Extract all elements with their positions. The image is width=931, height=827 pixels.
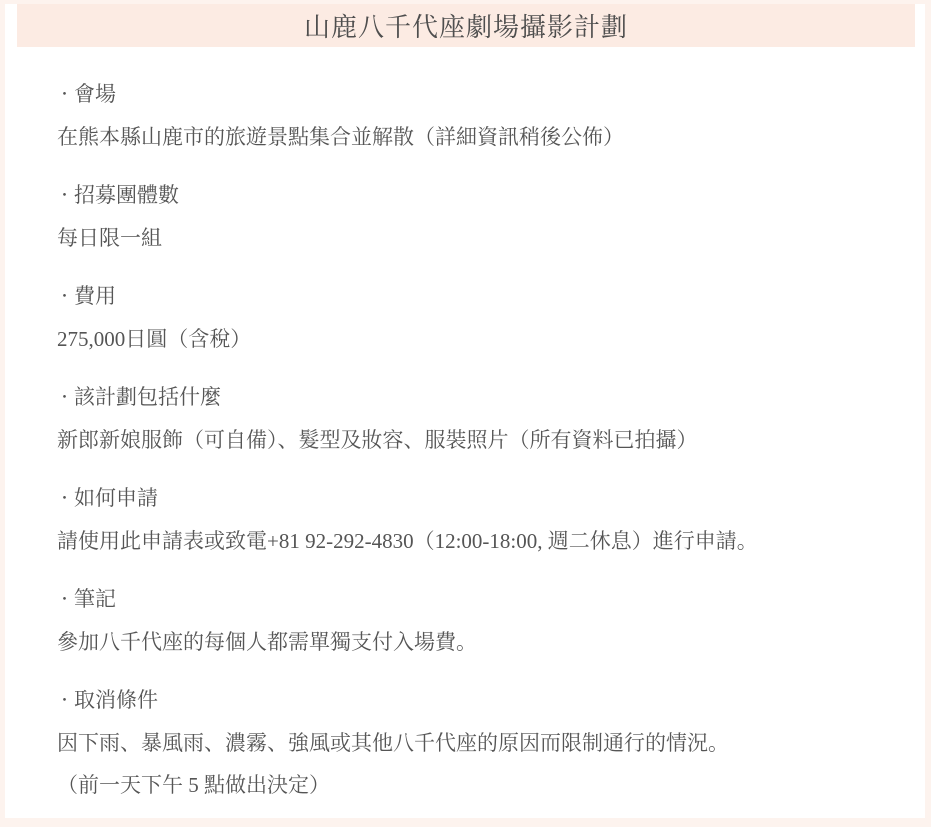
section-body-line: 請使用此申請表或致電+81 92-292-4830（12:00-18:00, 週…: [57, 520, 895, 562]
section-heading: ・費用: [57, 275, 895, 318]
section-body-line: （前一天下午 5 點做出決定）: [57, 764, 895, 806]
bullet-icon: ・: [57, 377, 72, 419]
title-banner: 山鹿八千代座劇場攝影計劃: [17, 4, 915, 47]
section-group-count: ・招募團體數 每日限一組: [57, 174, 895, 259]
section-how-to-apply: ・如何申請 請使用此申請表或致電+81 92-292-4830（12:00-18…: [57, 477, 895, 562]
section-cancellation: ・取消條件 因下雨、暴風雨、濃霧、強風或其他八千代座的原因而限制通行的情況。 （…: [57, 679, 895, 806]
section-heading: ・招募團體數: [57, 174, 895, 217]
bullet-icon: ・: [57, 579, 72, 621]
section-heading-label: 會場: [74, 82, 116, 106]
content-area: ・會場 在熊本縣山鹿市的旅遊景點集合並解散（詳細資訊稍後公佈） ・招募團體數 每…: [5, 47, 925, 806]
section-body-line: 因下雨、暴風雨、濃霧、強風或其他八千代座的原因而限制通行的情況。: [57, 722, 895, 764]
section-heading-label: 取消條件: [74, 688, 158, 712]
section-body-line: 每日限一組: [57, 217, 895, 259]
bullet-icon: ・: [57, 276, 72, 318]
page-title: 山鹿八千代座劇場攝影計劃: [304, 7, 628, 44]
section-heading: ・取消條件: [57, 679, 895, 722]
section-plan-includes: ・該計劃包括什麼 新郎新娘服飾（可自備）、髮型及妝容、服裝照片（所有資料已拍攝）: [57, 376, 895, 461]
section-heading: ・筆記: [57, 578, 895, 621]
section-body-line: 新郎新娘服飾（可自備）、髮型及妝容、服裝照片（所有資料已拍攝）: [57, 419, 895, 461]
section-notes: ・筆記 參加八千代座的每個人都需單獨支付入場費。: [57, 578, 895, 663]
section-heading-label: 費用: [74, 284, 116, 308]
bullet-icon: ・: [57, 680, 72, 722]
section-fee: ・費用 275,000日圓（含稅）: [57, 275, 895, 360]
section-heading-label: 招募團體數: [74, 183, 179, 207]
section-body-line: 275,000日圓（含稅）: [57, 318, 895, 360]
bullet-icon: ・: [57, 175, 72, 217]
section-heading: ・會場: [57, 73, 895, 116]
page-card: 山鹿八千代座劇場攝影計劃 ・會場 在熊本縣山鹿市的旅遊景點集合並解散（詳細資訊稍…: [5, 4, 925, 818]
bullet-icon: ・: [57, 74, 72, 116]
section-heading-label: 該計劃包括什麼: [74, 385, 221, 409]
section-heading: ・該計劃包括什麼: [57, 376, 895, 419]
section-venue: ・會場 在熊本縣山鹿市的旅遊景點集合並解散（詳細資訊稍後公佈）: [57, 73, 895, 158]
bullet-icon: ・: [57, 478, 72, 520]
section-heading: ・如何申請: [57, 477, 895, 520]
section-heading-label: 如何申請: [74, 486, 158, 510]
section-heading-label: 筆記: [74, 587, 116, 611]
section-body-line: 參加八千代座的每個人都需單獨支付入場費。: [57, 621, 895, 663]
section-body-line: 在熊本縣山鹿市的旅遊景點集合並解散（詳細資訊稍後公佈）: [57, 116, 895, 158]
